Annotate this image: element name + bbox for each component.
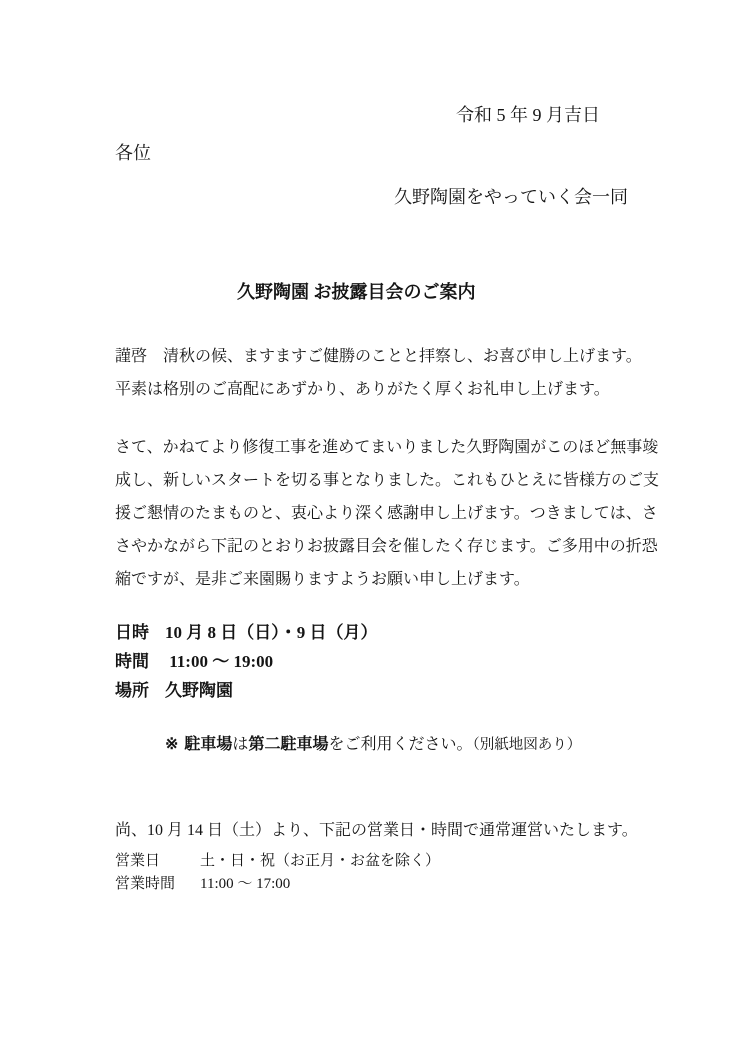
body-line: さやかながら下記のとおりお披露目会を催したく存じます。ご多用中の折恐 xyxy=(115,530,650,563)
parking-note: ※駐車場は第二駐車場をご利用ください。（別紙地図あり） xyxy=(115,733,650,757)
parking-bold-text: 駐車場 xyxy=(184,736,232,753)
hours-value: 土・日・祝（お正月・お盆を除く） xyxy=(200,853,440,869)
greeting-line: 平素は格別のご高配にあずかり、ありがたく厚くお礼申し上げます。 xyxy=(115,373,650,406)
greeting-paragraph: 謹啓 清秋の候、ますますご健勝のことと拝察し、お喜び申し上げます。 平素は格別の… xyxy=(115,340,650,406)
hours-label: 営業時間 xyxy=(115,873,200,896)
date-line: 令和 5 年 9 月吉日 xyxy=(115,104,650,126)
sender: 久野陶園をやっていく会一同 xyxy=(115,186,650,208)
detail-value: 11:00 ～ 19:00 xyxy=(165,652,273,671)
letter-page: 令和 5 年 9 月吉日 各位 久野陶園をやっていく会一同 久野陶園 お披露目会… xyxy=(0,0,736,1041)
business-hours: 営業日土・日・祝（お正月・お盆を除く） 営業時間11:00 ～ 17:00 xyxy=(115,850,650,896)
hours-row-days: 営業日土・日・祝（お正月・お盆を除く） xyxy=(115,850,650,873)
hours-label: 営業日 xyxy=(115,850,200,873)
body-line: 援ご懇情のたまものと、衷心より深く感謝申し上げます。つきましては、さ xyxy=(115,497,650,530)
parking-map-note: （別紙地図あり） xyxy=(472,737,581,753)
body-line: 縮ですが、是非ご来園賜りますようお願い申し上げます。 xyxy=(115,563,650,596)
detail-value: 久野陶園 xyxy=(165,681,233,700)
parking-text: は xyxy=(232,736,248,753)
detail-row-time: 時間 11:00 ～ 19:00 xyxy=(115,647,650,676)
letter-title: 久野陶園 お披露目会のご案内 xyxy=(115,280,650,304)
detail-row-place: 場所久野陶園 xyxy=(115,676,650,705)
parking-text: をご利用ください。 xyxy=(328,736,472,753)
detail-label: 日時 xyxy=(115,618,165,647)
detail-label: 時間 xyxy=(115,647,165,676)
parking-bold-text: 第二駐車場 xyxy=(248,736,328,753)
hours-value: 11:00 ～ 17:00 xyxy=(200,876,290,892)
event-details: 日時10 月 8 日（日）・9 日（月） 時間 11:00 ～ 19:00 場所… xyxy=(115,618,650,705)
detail-row-datetime: 日時10 月 8 日（日）・9 日（月） xyxy=(115,618,650,647)
body-line: 成し、新しいスタートを切る事となりました。これもひとえに皆様方のご支 xyxy=(115,464,650,497)
recipient: 各位 xyxy=(115,142,650,164)
greeting-line: 謹啓 清秋の候、ますますご健勝のことと拝察し、お喜び申し上げます。 xyxy=(115,340,650,373)
hours-row-time: 営業時間11:00 ～ 17:00 xyxy=(115,873,650,896)
detail-label: 場所 xyxy=(115,676,165,705)
detail-value: 10 月 8 日（日）・9 日（月） xyxy=(165,623,378,642)
body-line: さて、かねてより修復工事を進めてまいりました久野陶園がこのほど無事竣 xyxy=(115,431,650,464)
operation-notice: 尚、10 月 14 日（土）より、下記の営業日・時間で通常運営いたします。 xyxy=(115,821,650,841)
reference-mark: ※ xyxy=(165,736,178,753)
body-paragraph: さて、かねてより修復工事を進めてまいりました久野陶園がこのほど無事竣 成し、新し… xyxy=(115,431,650,596)
